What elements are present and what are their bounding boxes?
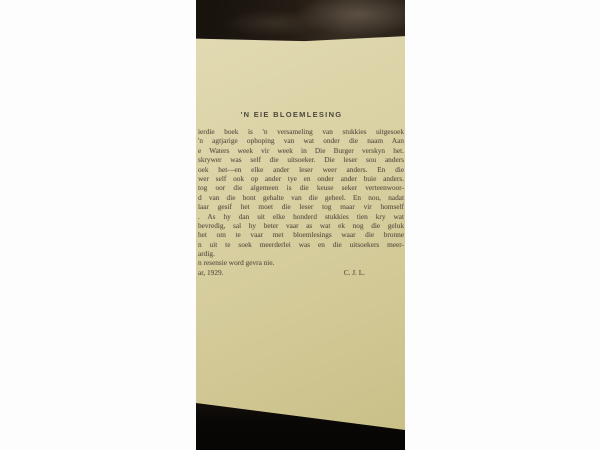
book-page-photo: 'N EIE BLOEMLESING ierdie boek is 'n ver… bbox=[196, 0, 405, 450]
paragraph-line: n resensie word gevra nie. bbox=[198, 258, 404, 267]
paragraph-line: ardig. bbox=[198, 249, 404, 258]
paragraph-line: wer self ook op ander tye en onder ander… bbox=[198, 174, 404, 183]
paragraph-line: oek het—en elke ander leser weer anders.… bbox=[198, 165, 404, 174]
author-initials: C. J. L. bbox=[344, 268, 365, 277]
book-page: 'N EIE BLOEMLESING ierdie boek is 'n ver… bbox=[196, 0, 405, 450]
paragraph-line: skrywer was self die uitsoeker. Die lese… bbox=[198, 155, 404, 164]
paragraph: ierdie boek is 'n versameling van stukki… bbox=[198, 127, 404, 268]
date-text: ar, 1929. bbox=[198, 268, 223, 277]
paragraph-line: d van die bont gehalte van die geheel. E… bbox=[198, 193, 404, 202]
paragraph-line: . As hy dan uit elke honderd stukkies ti… bbox=[198, 212, 404, 221]
paragraph-line: tog oor die algemeen is die keuse seker … bbox=[198, 183, 404, 192]
paragraph-line: ierdie boek is 'n versameling van stukki… bbox=[198, 127, 404, 136]
paragraph-line: bevredig, sal hy beter vaar as wat ek no… bbox=[198, 221, 404, 230]
paragraph-line: e Waters week vir week in Die Burger ver… bbox=[198, 146, 404, 155]
paragraph-line: het om te vaar met bloemlesings waar die… bbox=[198, 230, 404, 239]
paragraph-line: 'n agtjarige ophoping van wat onder die … bbox=[198, 136, 404, 145]
footer-line: ar, 1929. C. J. L. bbox=[198, 268, 365, 277]
page-title: 'N EIE BLOEMLESING bbox=[196, 110, 396, 119]
paragraph-line: n uit te soek meerderlei was en die uits… bbox=[198, 240, 404, 249]
paragraph-line: laar gesif het moet die leser tog maar v… bbox=[198, 202, 404, 211]
